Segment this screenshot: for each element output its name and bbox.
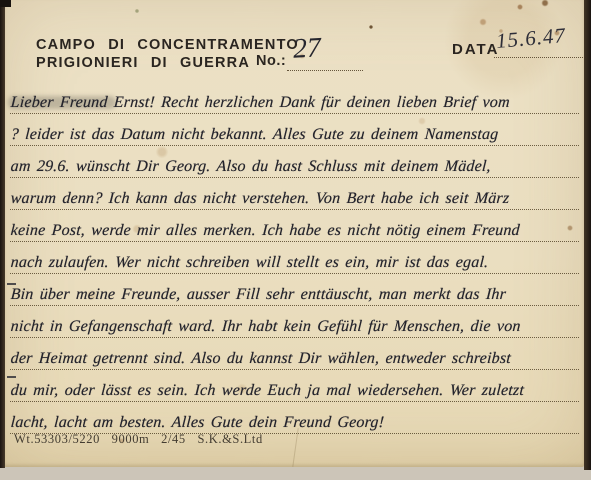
letter-line: Lieber Freund Ernst! Recht herzlichen Da… (10, 82, 579, 114)
camp-title-line1: CAMPO DI CONCENTRAMENTO (36, 36, 299, 54)
printer-imprint: Wt.53303/5220 9000m 2/45 S.K.&S.Ltd (14, 432, 263, 447)
margin-ink-dash (7, 283, 16, 285)
date-label: DATA (452, 41, 499, 58)
letter-line: keine Post, werde mir alles merken. Ich … (10, 210, 579, 242)
number-handwritten-value: 27 (292, 32, 322, 65)
handwriting-text: Lieber Freund Ernst! Recht herzlichen Da… (10, 94, 510, 113)
postcard-scan: CAMPO DI CONCENTRAMENTO PRIGIONIERI DI G… (0, 0, 591, 480)
scan-edge-left (0, 0, 5, 468)
handwriting-text: du mir, oder lässt es sein. Ich werde Eu… (10, 382, 525, 401)
handwriting-text: der Heimat getrennt sind. Also du kannst… (10, 350, 512, 369)
handwriting-text: am 29.6. wünscht Dir Georg. Also du hast… (10, 158, 491, 177)
number-dotted-line (287, 70, 363, 71)
date-dotted-line (494, 57, 585, 58)
scan-edge-right (584, 0, 591, 470)
letter-body: Lieber Freund Ernst! Recht herzlichen Da… (10, 82, 579, 434)
handwriting-text: Bin über meine Freunde, ausser Fill sehr… (10, 286, 507, 305)
letter-line: warum denn? Ich kann das nicht verstehen… (10, 178, 579, 210)
number-label: No.: (256, 53, 286, 69)
letter-line: lacht, lacht am besten. Alles Gute dein … (10, 402, 579, 434)
letter-line: du mir, oder lässt es sein. Ich werde Eu… (10, 370, 579, 402)
letter-line: ? leider ist das Datum nicht bekannt. Al… (10, 114, 579, 146)
margin-ink-dash (7, 376, 16, 378)
handwriting-text: nach zulaufen. Wer nicht schreiben will … (10, 254, 489, 273)
handwriting-text: nicht in Gefangenschaft ward. Ihr habt k… (10, 318, 521, 337)
letter-line: der Heimat getrennt sind. Also du kannst… (10, 338, 579, 370)
scan-corner-top-left (0, 0, 11, 7)
letter-line: am 29.6. wünscht Dir Georg. Also du hast… (10, 146, 579, 178)
handwriting-text: lacht, lacht am besten. Alles Gute dein … (10, 414, 385, 433)
handwriting-text: ? leider ist das Datum nicht bekannt. Al… (10, 126, 499, 145)
handwriting-text: keine Post, werde mir alles merken. Ich … (10, 222, 520, 241)
handwriting-text: warum denn? Ich kann das nicht verstehen… (10, 190, 510, 209)
letter-line: nicht in Gefangenschaft ward. Ihr habt k… (10, 306, 579, 338)
letter-line: Bin über meine Freunde, ausser Fill sehr… (10, 274, 579, 306)
letter-line: nach zulaufen. Wer nicht schreiben will … (10, 242, 579, 274)
